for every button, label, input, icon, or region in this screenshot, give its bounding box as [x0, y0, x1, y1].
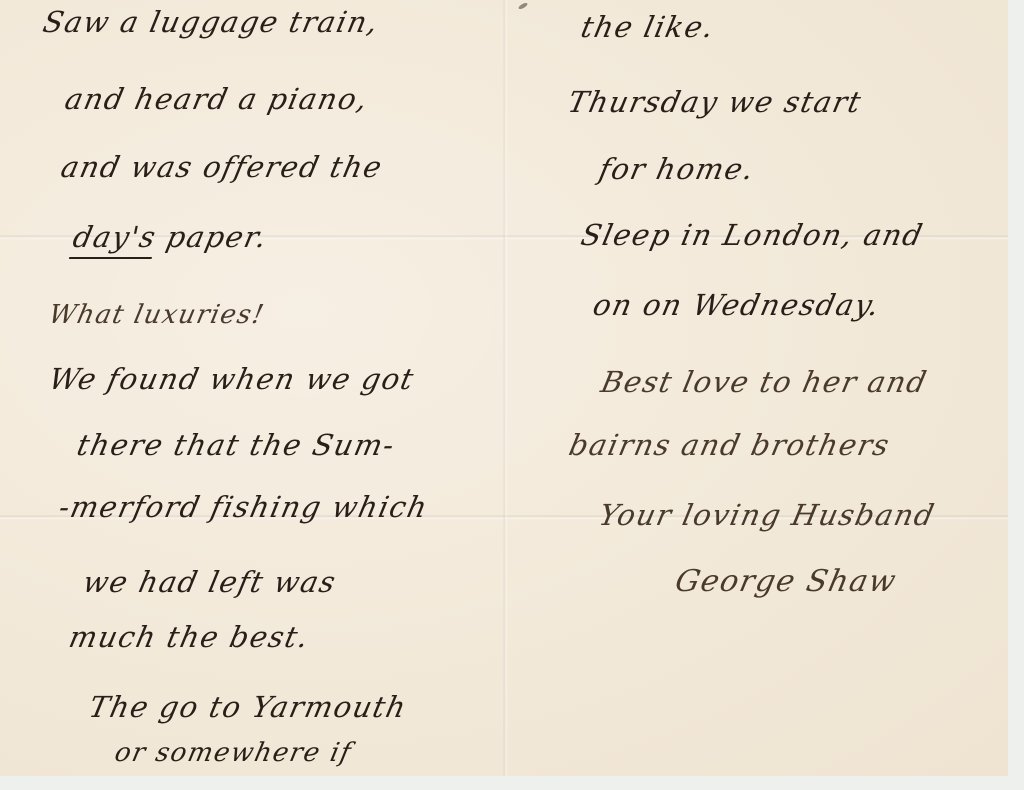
letter-line: for home.: [596, 152, 758, 186]
letter-line: -merford fishing which: [56, 490, 431, 524]
letter-line: Best love to her and: [598, 365, 931, 399]
letter-line: bairns and brothers: [566, 428, 893, 462]
letter-line: or somewhere if: [112, 738, 355, 768]
letter-line: What luxuries!: [46, 300, 267, 330]
signature: George Shaw: [672, 564, 900, 599]
letter-line: Your loving Husband: [596, 498, 938, 532]
letter-line: and was offered the: [58, 150, 386, 184]
letter-line: Saw a luggage train,: [40, 5, 382, 39]
letter-line: on on Wednesday.: [590, 288, 883, 322]
letter-line: Thursday we start: [565, 85, 865, 119]
letter-line: the like.: [578, 10, 718, 44]
letter-line-with-underline: day's paper.: [70, 220, 271, 254]
ink-blot: [518, 2, 529, 10]
underlined-word: day's: [70, 220, 160, 254]
letter-line: We found when we got: [46, 362, 418, 396]
letter-paper: Saw a luggage train, and heard a piano, …: [0, 0, 1008, 776]
letter-line: there that the Sum-: [74, 428, 399, 462]
letter-line: much the best.: [66, 620, 313, 654]
letter-line-rest: paper.: [153, 220, 271, 254]
letter-line: Sleep in London, and: [578, 218, 927, 252]
letter-line: and heard a piano,: [62, 82, 372, 116]
letter-line: The go to Yarmouth: [86, 690, 410, 724]
letter-line: we had left was: [80, 565, 340, 599]
